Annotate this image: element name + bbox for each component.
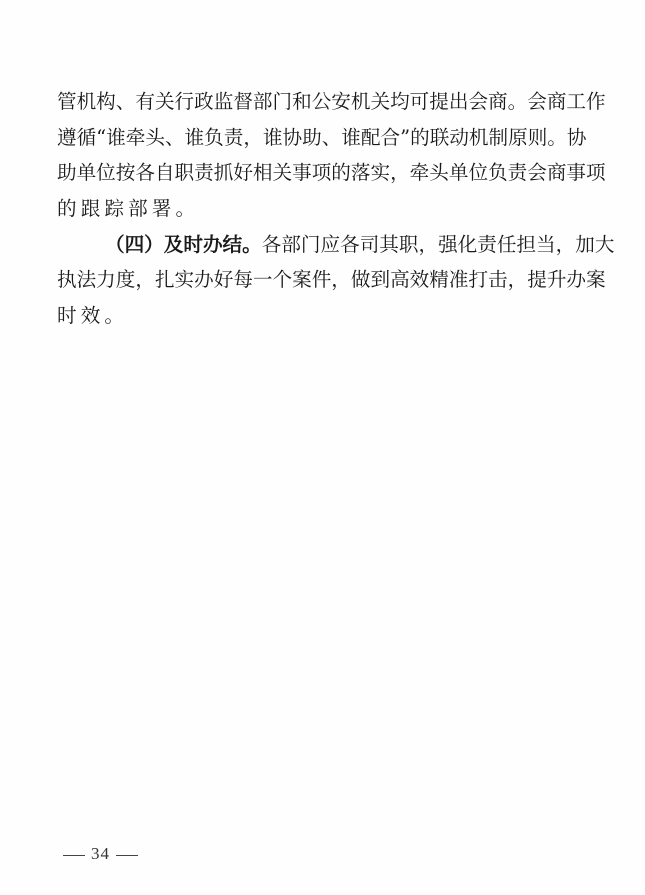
text-line: 管机构、有关行政监督部门和公安机关均可提出会商。会商工作 [57,84,583,120]
document-page: 管机构、有关行政监督部门和公安机关均可提出会商。会商工作 遵循“谁牵头、谁负责，… [0,0,645,895]
text-span: 各部门应各司其职，强化责任担当，加大 [262,233,615,256]
dash-left [63,855,85,856]
page-number: 34 [91,844,110,863]
page-number-footer: 34 [57,844,144,864]
document-body: 管机构、有关行政监督部门和公安机关均可提出会商。会商工作 遵循“谁牵头、谁负责，… [57,84,583,334]
text-line: 时效。 [57,298,583,334]
text-line: 遵循“谁牵头、谁负责，谁协助、谁配合”的联动机制原则。协 [57,120,583,156]
section-heading-line: （四）及时办结。各部门应各司其职，强化责任担当，加大 [57,227,583,263]
dash-right [116,855,138,856]
text-line: 的跟踪部署。 [57,191,583,227]
section-heading: （四）及时办结。 [105,233,262,256]
text-line: 助单位按各自职责抓好相关事项的落实，牵头单位负责会商事项 [57,155,583,191]
text-line: 执法力度，扎实办好每一个案件，做到高效精准打击，提升办案 [57,262,583,298]
